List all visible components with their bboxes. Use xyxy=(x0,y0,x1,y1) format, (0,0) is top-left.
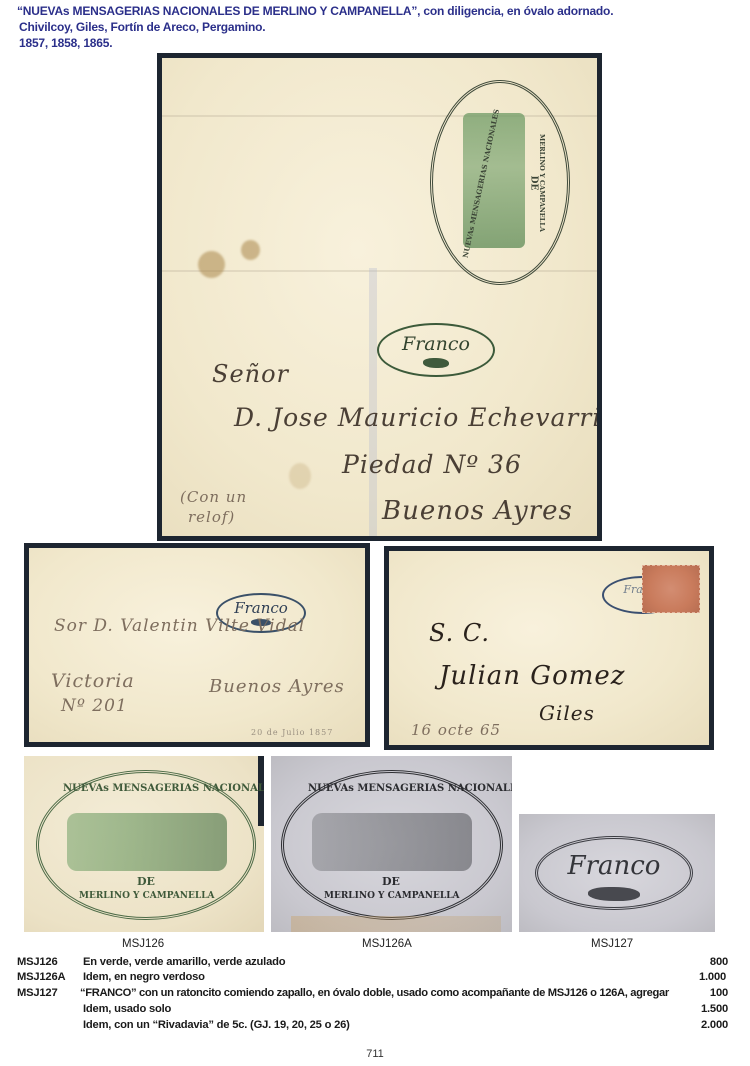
main-cover-photo: NUEVAs MENSAGERIAS NACIONALES DE MERLINO… xyxy=(157,53,602,541)
franco-stamp: Franco xyxy=(377,323,495,377)
address-line: D. Jose Mauricio Echevarria xyxy=(234,403,602,432)
detail-msj126-photo: NUEVAs MENSAGERIAS NACIONALES DE MERLINO… xyxy=(24,756,264,932)
stain xyxy=(198,251,225,278)
oval-text-top: NUEVAs MENSAGERIAS NACIONALES xyxy=(63,783,264,794)
side-note: (Con un xyxy=(180,488,247,506)
franco-stamp: Franco xyxy=(535,836,693,910)
mensagerias-oval-stamp: NUEVAs MENSAGERIAS NACIONALES DE MERLINO… xyxy=(281,770,503,920)
franco-text: Franco xyxy=(218,599,304,617)
header-years: 1857, 1858, 1865. xyxy=(17,35,613,51)
address-line: Victoria xyxy=(51,670,135,692)
header-title: “NUEVAs MENSAGERIAS NACIONALES DE MERLIN… xyxy=(17,3,613,19)
header-title-quoted: “NUEVAs MENSAGERIAS NACIONALES DE MERLIN… xyxy=(17,4,417,18)
catalog-description: Idem, usado solo xyxy=(83,1003,171,1015)
catalog-code: MSJ127 xyxy=(17,987,57,999)
catalog-description: Idem, con un “Rivadavia” de 5c. (GJ. 19,… xyxy=(83,1019,350,1031)
catalog-row: Idem, usado solo 1.500 xyxy=(0,1003,750,1019)
mouse-pumpkin-emblem xyxy=(588,887,640,901)
cover-right-photo: Franco S. C. Julian Gomez Giles 16 octe … xyxy=(384,546,714,750)
catalog-price: 1.500 xyxy=(701,1003,728,1015)
franco-text: Franco xyxy=(538,851,690,881)
stain xyxy=(289,463,311,489)
address-line: Piedad Nº 36 xyxy=(342,450,522,479)
stain xyxy=(241,240,260,260)
catalog-row: MSJ126 En verde, verde amarillo, verde a… xyxy=(0,956,750,972)
date-note: 16 octe 65 xyxy=(411,721,501,739)
address-line: Giles xyxy=(539,701,595,725)
oval-text-de: DE xyxy=(382,875,400,888)
catalog-description: “FRANCO” con un ratoncito comiendo zapal… xyxy=(80,987,669,999)
catalog-row: MSJ126A Idem, en negro verdoso 1.000 xyxy=(0,971,750,987)
oval-text-bottom: MERLINO Y CAMPANELLA xyxy=(79,891,215,901)
diligence-coach-image xyxy=(67,813,227,871)
caption-msj126: MSJ126 xyxy=(122,938,164,950)
catalog-description: Idem, en negro verdoso xyxy=(83,971,205,983)
side-note: relof) xyxy=(188,508,235,526)
rivadavia-postage-stamp xyxy=(642,565,700,613)
catalog-description: En verde, verde amarillo, verde azulado xyxy=(83,956,285,968)
address-line: Buenos Ayres xyxy=(209,676,345,697)
address-line: Buenos Ayres xyxy=(382,496,573,526)
franco-text: Franco xyxy=(379,333,493,355)
page-number: 711 xyxy=(0,1048,750,1060)
catalog-price: 1.000 xyxy=(699,971,726,983)
catalog-row: Idem, con un “Rivadavia” de 5c. (GJ. 19,… xyxy=(0,1019,750,1035)
cover-left-photo: Franco Sor D. Valentin Vilte Vidal Victo… xyxy=(24,543,370,747)
fold-line xyxy=(369,268,377,536)
address-line: Señor xyxy=(212,360,289,388)
page-header: “NUEVAs MENSAGERIAS NACIONALES DE MERLIN… xyxy=(17,3,613,51)
catalog-price: 800 xyxy=(710,956,728,968)
catalog-row: MSJ127 “FRANCO” con un ratoncito comiend… xyxy=(0,987,750,1003)
mensagerias-oval-stamp: NUEVAs MENSAGERIAS NACIONALES DE MERLINO… xyxy=(36,770,256,920)
mensagerias-oval-stamp: NUEVAs MENSAGERIAS NACIONALES DE MERLINO… xyxy=(430,80,570,285)
oval-text-bottom: MERLINO Y CAMPANELLA xyxy=(324,891,460,901)
caption-msj127: MSJ127 xyxy=(591,938,633,950)
header-towns: Chivilcoy, Giles, Fortín de Areco, Perga… xyxy=(17,19,613,35)
oval-text-de: DE xyxy=(528,176,538,191)
oval-text-de: DE xyxy=(137,875,155,888)
detail-msj127-photo: Franco xyxy=(519,814,715,932)
address-line: S. C. xyxy=(429,619,490,647)
diligence-coach-image xyxy=(312,813,472,871)
catalog-price: 2.000 xyxy=(701,1019,728,1031)
mouse-pumpkin-emblem xyxy=(423,358,449,368)
detail-msj126a-photo: NUEVAs MENSAGERIAS NACIONALES DE MERLINO… xyxy=(271,756,512,932)
catalog-price: 100 xyxy=(710,987,728,999)
address-line: Nº 201 xyxy=(61,696,128,716)
oval-text-top: NUEVAs MENSAGERIAS NACIONALES xyxy=(308,783,512,794)
header-title-rest: , con diligencia, en óvalo adornado. xyxy=(417,4,613,18)
caption-msj126a: MSJ126A xyxy=(362,938,412,950)
catalog-code: MSJ126 xyxy=(17,956,57,968)
address-line: Julian Gomez xyxy=(439,661,625,691)
oval-text-bottom: MERLINO Y CAMPANELLA xyxy=(538,134,546,232)
date-note: 20 de Julio 1857 xyxy=(251,728,333,737)
rust-stain xyxy=(291,916,501,932)
address-line: Sor D. Valentin Vilte Vidal xyxy=(54,616,305,636)
catalog-code: MSJ126A xyxy=(17,971,65,983)
